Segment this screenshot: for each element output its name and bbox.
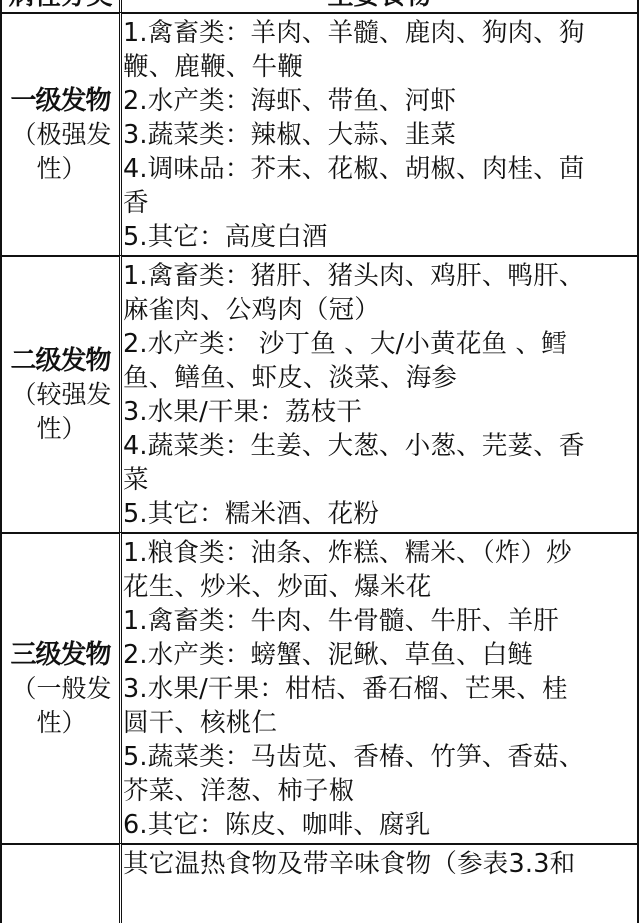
food-line: 6.其它：陈皮、咖啡、腐乳 xyxy=(123,808,637,842)
food-line: 1.禽畜类：猪肝、猪头肉、鸡肝、鸭肝、 xyxy=(123,259,637,293)
category-subtitle: （一般发 xyxy=(2,672,119,706)
food-line: 5.其它：糯米酒、花粉 xyxy=(123,497,637,531)
food-line: 5.其它：高度白酒 xyxy=(123,220,637,254)
category-cell xyxy=(2,843,122,853)
category-subtitle: （极强发 xyxy=(2,118,119,152)
food-line: 3.水果/干果：荔枝干 xyxy=(123,395,637,429)
food-line: 4.调味品：芥末、花椒、胡椒、肉桂、茴 xyxy=(123,152,637,186)
header-category: 病性分类 xyxy=(2,0,122,12)
food-line: 麻雀肉、公鸡肉（冠） xyxy=(123,293,637,327)
table-row: 其它温热食物及带辛味食物（参表3.3和 xyxy=(2,843,637,853)
table-row: 一级发物 （极强发 性） 1.禽畜类：羊肉、羊髓、鹿肉、狗肉、狗 鞭、鹿鞭、牛鞭… xyxy=(2,12,637,255)
food-line: 2.水产类： 沙丁鱼 、大/小黄花鱼 、鳕 xyxy=(123,327,637,361)
category-title: 二级发物 xyxy=(2,344,119,378)
category-subtitle: （较强发 xyxy=(2,378,119,412)
foods-cell: 其它温热食物及带辛味食物（参表3.3和 xyxy=(122,843,637,853)
food-line: 1.禽畜类：牛肉、牛骨髓、牛肝、羊肝 xyxy=(123,604,637,638)
category-subtitle: 性） xyxy=(2,706,119,740)
category-cell: 一级发物 （极强发 性） xyxy=(2,12,122,255)
food-line: 3.蔬菜类：辣椒、大蒜、韭菜 xyxy=(123,118,637,152)
food-line: 2.水产类：螃蟹、泥鳅、草鱼、白鲢 xyxy=(123,638,637,672)
food-line: 菜 xyxy=(123,463,637,497)
foods-cell: 1.粮食类：油条、炸糕、糯米、（炸）炒 花生、炒米、炒面、爆米花 1.禽畜类：牛… xyxy=(122,532,637,843)
food-line: 4.蔬菜类：生姜、大葱、小葱、芫荽、香 xyxy=(123,429,637,463)
food-line: 鞭、鹿鞭、牛鞭 xyxy=(123,50,637,84)
header-foods: 主要食物 xyxy=(122,0,637,12)
document-page: 病性分类 主要食物 一级发物 （极强发 性） 1.禽畜类：羊肉、羊髓、鹿肉、狗肉… xyxy=(0,0,640,853)
table-header-row: 病性分类 主要食物 xyxy=(2,0,637,12)
category-cell: 三级发物 （一般发 性） xyxy=(2,532,122,843)
food-line: 5.蔬菜类：马齿苋、香椿、竹笋、香菇、 xyxy=(123,740,637,774)
food-line: 2.水产类：海虾、带鱼、河虾 xyxy=(123,84,637,118)
food-line: 香 xyxy=(123,186,637,220)
food-line: 芥菜、洋葱、柿子椒 xyxy=(123,774,637,808)
food-line: 鱼、鳝鱼、虾皮、淡菜、海参 xyxy=(123,361,637,395)
category-cell: 二级发物 （较强发 性） xyxy=(2,255,122,532)
foods-cell: 1.禽畜类：羊肉、羊髓、鹿肉、狗肉、狗 鞭、鹿鞭、牛鞭 2.水产类：海虾、带鱼、… xyxy=(122,12,637,255)
foods-cell: 1.禽畜类：猪肝、猪头肉、鸡肝、鸭肝、 麻雀肉、公鸡肉（冠） 2.水产类： 沙丁… xyxy=(122,255,637,532)
category-title: 三级发物 xyxy=(2,638,119,672)
food-line: 圆干、核桃仁 xyxy=(123,706,637,740)
food-line: 其它温热食物及带辛味食物（参表3.3和 xyxy=(123,847,637,853)
food-line: 1.禽畜类：羊肉、羊髓、鹿肉、狗肉、狗 xyxy=(123,16,637,50)
category-subtitle: 性） xyxy=(2,152,119,186)
category-subtitle: 性） xyxy=(2,412,119,446)
food-line: 花生、炒米、炒面、爆米花 xyxy=(123,570,637,604)
food-line: 3.水果/干果：柑桔、番石榴、芒果、桂 xyxy=(123,672,637,706)
food-line: 1.粮食类：油条、炸糕、糯米、（炸）炒 xyxy=(123,536,637,570)
table-row: 二级发物 （较强发 性） 1.禽畜类：猪肝、猪头肉、鸡肝、鸭肝、 麻雀肉、公鸡肉… xyxy=(2,255,637,532)
food-classification-table: 病性分类 主要食物 一级发物 （极强发 性） 1.禽畜类：羊肉、羊髓、鹿肉、狗肉… xyxy=(0,0,639,853)
category-title: 一级发物 xyxy=(2,84,119,118)
table-row: 三级发物 （一般发 性） 1.粮食类：油条、炸糕、糯米、（炸）炒 花生、炒米、炒… xyxy=(2,532,637,843)
